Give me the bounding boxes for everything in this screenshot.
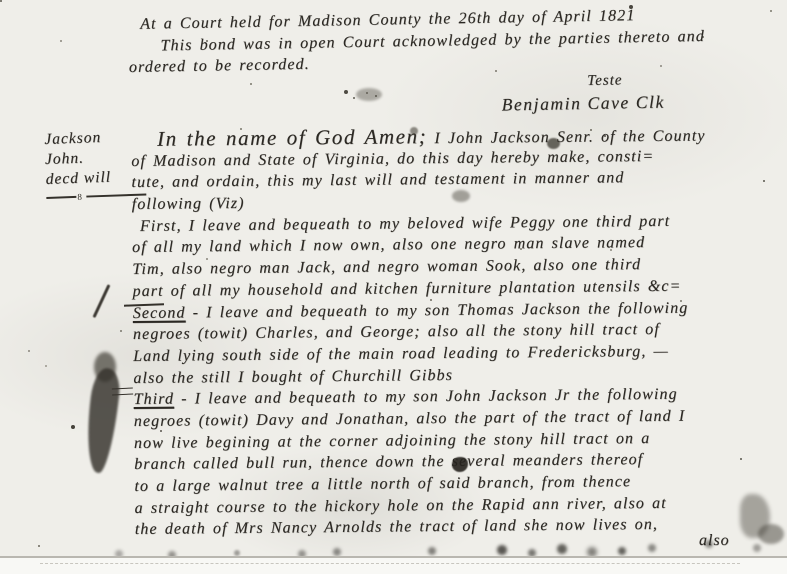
first-bequest-text: I leave and bequeath to my beloved wife … bbox=[182, 213, 671, 235]
rule-segment bbox=[46, 196, 76, 199]
scan-noise-speckles bbox=[0, 0, 2, 2]
scanned-will-document-page: At a Court held for Madison County the 2… bbox=[0, 0, 787, 574]
stray-pen-slash bbox=[93, 284, 110, 318]
first-keyword: First, bbox=[140, 217, 182, 234]
court-order-block: At a Court held for Madison County the 2… bbox=[128, 3, 780, 123]
invocation-phrase: In the name of God Amen; bbox=[157, 124, 427, 151]
page-bottom-edge bbox=[0, 556, 787, 574]
catchword: also bbox=[699, 532, 730, 550]
ink-smear bbox=[82, 367, 123, 475]
second-bequest-text: - I leave and bequeath to my son Thomas … bbox=[185, 299, 688, 321]
will-body: In the name of God Amen; I John Jackson … bbox=[131, 123, 783, 541]
stray-equals-mark bbox=[112, 387, 133, 395]
third-keyword: Third bbox=[134, 391, 175, 408]
rule-mark: 8 bbox=[76, 193, 83, 201]
testator-name-phrase: I John Jackson Senr. of the County bbox=[427, 127, 705, 147]
third-bequest-text: - I leave and bequeath to my son John Ja… bbox=[174, 386, 678, 408]
second-keyword: Second bbox=[133, 304, 186, 322]
ink-smear bbox=[94, 352, 116, 382]
bottom-smudge-band bbox=[95, 546, 99, 550]
